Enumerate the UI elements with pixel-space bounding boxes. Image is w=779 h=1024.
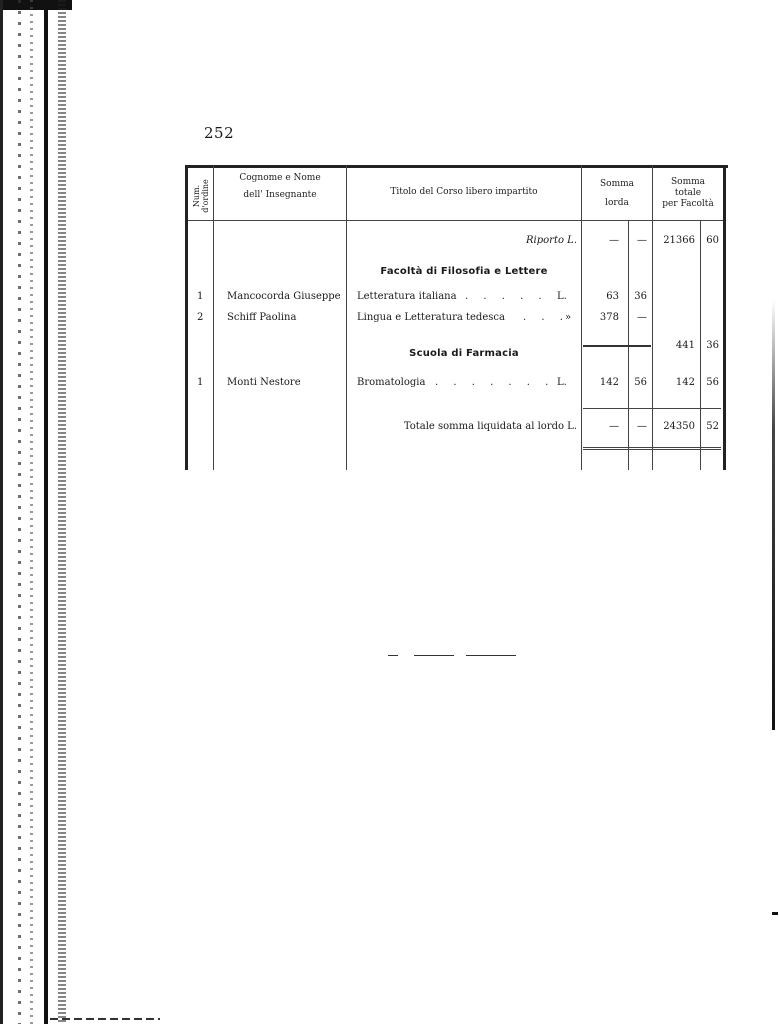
header-cognome-nome: Cognome e Nome	[215, 171, 345, 185]
row-lorda-cent: 36	[631, 291, 647, 302]
header-titolo-corso: Titolo del Corso libero impartito	[347, 185, 581, 199]
end-rule	[414, 655, 454, 656]
end-rule	[388, 655, 398, 656]
riporto-totale-cent: 60	[703, 235, 719, 246]
header-insegnante: dell' Insegnante	[215, 188, 345, 202]
row-lorda-lire: 378	[585, 312, 619, 323]
row-unit: L.	[557, 291, 567, 302]
row-unit: L.	[557, 377, 567, 388]
row-lorda-lire: 142	[585, 377, 619, 388]
row-dots: . . . . . . .	[435, 377, 554, 388]
book-binding-edge	[0, 0, 75, 1024]
double-rule	[583, 447, 721, 450]
subtotal-lire: 441	[655, 340, 695, 351]
riporto-label: Riporto L.	[485, 235, 577, 246]
row-name: Mancocorda Giuseppe	[227, 291, 341, 302]
col-divider	[581, 165, 582, 470]
row-name: Monti Nestore	[227, 377, 301, 388]
row-lorda-cent: —	[631, 312, 647, 323]
totale-totale-lire: 24350	[655, 421, 695, 432]
header-somma-totale: Somma	[653, 177, 723, 188]
row-lorda-cent: 56	[631, 377, 647, 388]
col-divider	[700, 220, 701, 470]
row-course: Lingua e Letteratura tedesca	[357, 312, 505, 323]
row-totale-cent: 56	[703, 377, 719, 388]
row-name: Schiff Paolina	[227, 312, 296, 323]
riporto-lorda-lire: —	[585, 235, 619, 246]
page-number: 252	[204, 124, 234, 142]
row-dots: . . . . .	[465, 291, 548, 302]
row-course: Letteratura italiana	[357, 291, 457, 302]
header-num-ordine: Num. d'ordine	[187, 167, 213, 227]
row-num: 2	[197, 312, 203, 323]
row-num: 1	[197, 377, 203, 388]
totale-label: Totale somma liquidata al lordo L.	[365, 421, 577, 432]
page-right-mark	[772, 912, 778, 915]
end-rule	[466, 655, 516, 656]
totale-lorda-lire: —	[585, 421, 619, 432]
header-lorda: lorda	[582, 196, 652, 210]
header-somma-lorda: Somma	[582, 177, 652, 191]
payment-table: Num. d'ordine Cognome e Nome dell' Inseg…	[185, 165, 728, 470]
subtotal-cent: 36	[703, 340, 719, 351]
row-course: Bromatologia	[357, 377, 425, 388]
total-rule	[583, 408, 721, 409]
page-right-edge	[772, 300, 775, 730]
totale-totale-cent: 52	[703, 421, 719, 432]
subtotal-rule	[583, 345, 651, 347]
section-title-filosofia: Facoltà di Filosofia e Lettere	[347, 266, 581, 277]
col-divider	[652, 165, 653, 470]
totale-lorda-cent: —	[631, 421, 647, 432]
row-unit: »	[565, 312, 571, 323]
riporto-lorda-cent: —	[631, 235, 647, 246]
row-num: 1	[197, 291, 203, 302]
row-totale-lire: 142	[655, 377, 695, 388]
header-rule	[188, 220, 723, 221]
row-dots: . . .	[523, 312, 569, 323]
riporto-totale-lire: 21366	[655, 235, 695, 246]
col-divider	[346, 165, 347, 470]
section-title-farmacia: Scuola di Farmacia	[347, 348, 581, 359]
row-lorda-lire: 63	[585, 291, 619, 302]
header-per-facolta: per Facoltà	[653, 199, 723, 210]
header-totale: totale	[653, 188, 723, 199]
col-divider	[213, 165, 214, 470]
